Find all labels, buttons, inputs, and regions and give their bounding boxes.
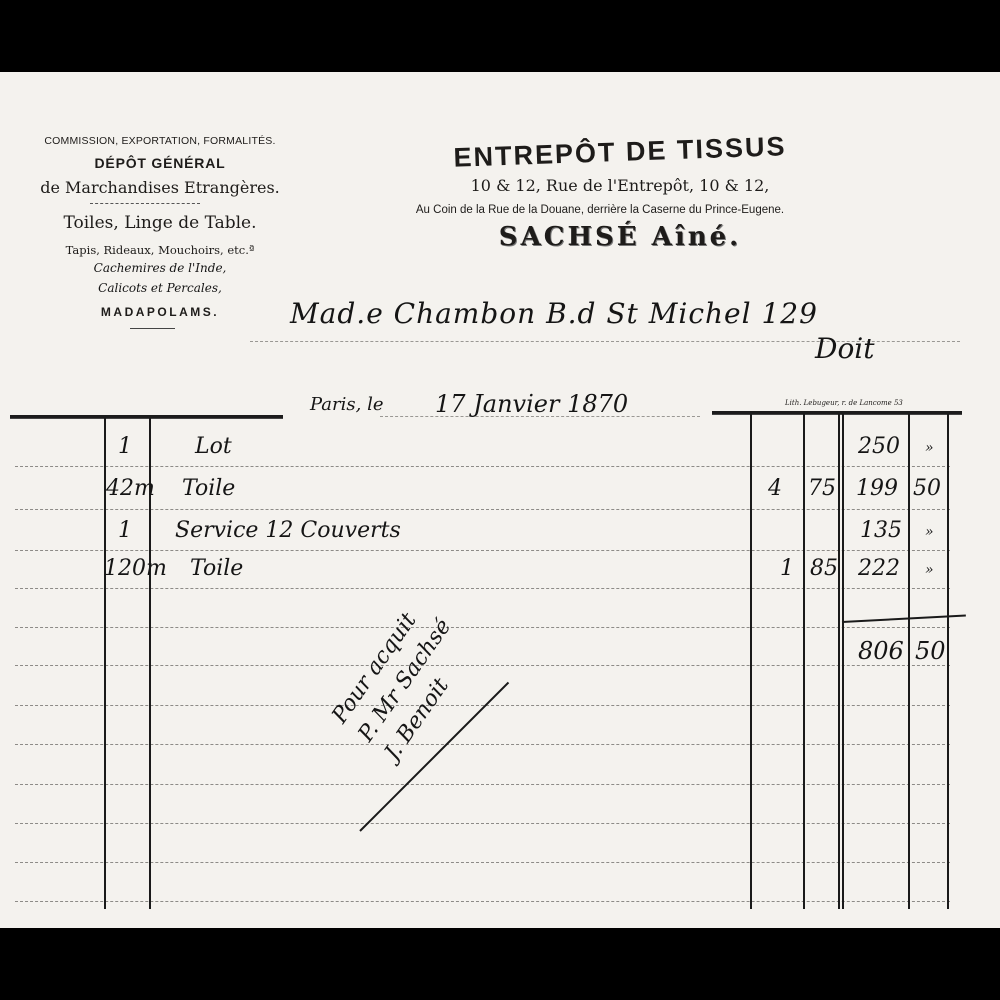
item-unit-francs: 4 [768, 476, 782, 501]
item-total-cents: » [925, 440, 934, 456]
total-column-right [947, 414, 949, 909]
invoice-date: 17 Janvier 1870 [435, 390, 628, 418]
invoice-paper: COMMISSION, EXPORTATION, FORMALITÉS. DÉP… [0, 72, 1000, 928]
item-description: Service 12 Couverts [175, 518, 401, 543]
place-label: Paris, le [310, 394, 384, 415]
ruled-line [15, 784, 950, 785]
total-cents-column [908, 414, 910, 909]
business-location: Au Coin de la Rue de la Douane, derrière… [360, 204, 840, 216]
item-total-francs: 135 [860, 518, 902, 543]
item-total-cents: » [925, 562, 934, 578]
letterhead-toiles: Toiles, Linge de Table. [20, 213, 300, 233]
receipt-note: Pour acquit P. Mr Sachsé J. Benoit [325, 532, 530, 767]
item-unit-cents: 85 [810, 556, 838, 581]
item-total-cents: 50 [913, 476, 941, 501]
letterhead-depot-general: DÉPÔT GÉNÉRAL [20, 155, 300, 171]
item-qty: 42m [106, 476, 155, 501]
letterhead-tapis: Tapis, Rideaux, Mouchoirs, etc.ª [20, 243, 300, 257]
total-cents: 50 [915, 637, 946, 665]
ruled-line [15, 823, 950, 824]
total-column-left-a [838, 414, 840, 909]
item-qty: 1 [118, 434, 132, 459]
letterhead-services: COMMISSION, EXPORTATION, FORMALITÉS. [20, 135, 300, 147]
ruled-line [15, 550, 950, 551]
letterhead-divider [90, 203, 200, 205]
item-total-cents: » [925, 524, 934, 540]
total-francs: 806 [858, 637, 904, 665]
letterhead-cachemires: Cachemires de l'Inde, [20, 261, 300, 275]
ruled-line [15, 509, 950, 510]
business-address: 10 & 12, Rue de l'Entrepôt, 10 & 12, [440, 176, 800, 195]
ruled-line [15, 665, 950, 666]
item-description: Toile [182, 476, 235, 501]
business-title: ENTREPÔT DE TISSUS [420, 130, 821, 175]
ruled-line [15, 901, 950, 902]
item-description: Lot [195, 434, 232, 459]
printer-credit: Lith. Lebugeur, r. de Lancome 53 [785, 399, 903, 407]
ruled-line [15, 466, 950, 467]
letterhead-calicots: Calicots et Percales, [20, 281, 300, 295]
item-unit-cents: 75 [808, 476, 836, 501]
total-column-left-b [842, 414, 844, 909]
letterhead-marchandises: de Marchandises Etrangères. [20, 178, 300, 197]
doit-label: Doit [815, 332, 875, 365]
unit-price-column-left [750, 414, 752, 909]
item-unit-francs: 1 [780, 556, 794, 581]
item-total-francs: 222 [858, 556, 900, 581]
unit-cents-column [803, 414, 805, 909]
letterhead-end-rule [130, 328, 175, 330]
item-description: Toile [190, 556, 243, 581]
ruled-line [15, 862, 950, 863]
header-rule-left [10, 415, 283, 419]
firm-name: SACHSÉ Aîné. [440, 222, 800, 252]
letterhead-madapolams: MADAPOLAMS. [20, 305, 300, 319]
item-qty: 1 [118, 518, 132, 543]
client-name-address: Mad.e Chambon B.d St Michel 129 [290, 297, 818, 330]
item-total-francs: 199 [856, 476, 898, 501]
item-qty: 120m [104, 556, 167, 581]
item-total-francs: 250 [858, 434, 900, 459]
ruled-line [15, 744, 950, 745]
